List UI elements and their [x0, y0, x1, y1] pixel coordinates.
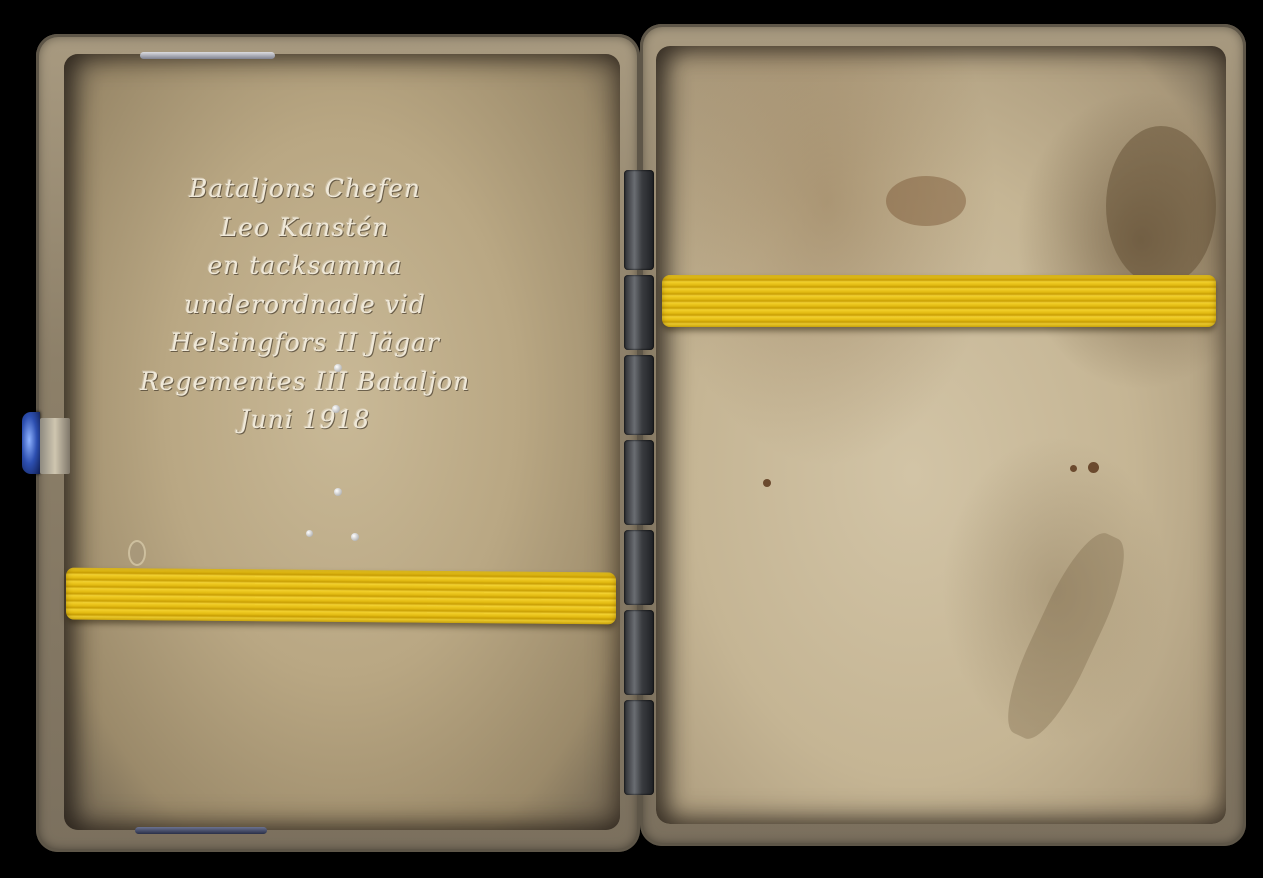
hinge-knuckle — [624, 275, 654, 350]
lid-lip-top — [140, 52, 275, 59]
hinge-knuckle — [624, 700, 654, 795]
hinge-knuckle — [624, 440, 654, 525]
rivet — [334, 364, 342, 372]
spot — [763, 479, 771, 487]
cabochon-clasp-icon — [22, 412, 40, 474]
spot — [1070, 465, 1077, 472]
stain — [992, 524, 1139, 749]
stain — [886, 176, 966, 226]
engraving-line: Leo Kanstén — [70, 209, 540, 248]
engraving-line: en tacksamma — [70, 247, 540, 286]
case-right-base — [640, 24, 1246, 846]
rivet — [306, 530, 313, 537]
hallmark-icon — [128, 540, 146, 566]
engraving-line: Helsingfors II Jägar — [70, 324, 540, 363]
right-interior — [656, 46, 1226, 824]
stain — [1106, 126, 1216, 286]
lid-lip-bottom — [135, 827, 267, 834]
hinge-knuckle — [624, 170, 654, 270]
engraving-line: underordnade vid — [70, 286, 540, 325]
case-left-lid — [36, 34, 640, 852]
hinge-knuckle — [624, 610, 654, 695]
rivet — [334, 488, 342, 496]
engraving-line: Bataljons Chefen — [70, 170, 540, 209]
right-retaining-band — [662, 275, 1216, 327]
rivet — [351, 533, 359, 541]
left-retaining-band — [66, 568, 616, 625]
rivet — [332, 405, 340, 413]
engraved-dedication: Bataljons Chefen Leo Kanstén en tacksamm… — [70, 170, 540, 440]
engraving-line: Regementes III Bataljon — [70, 363, 540, 402]
engraving-line: Juni 1918 — [70, 401, 540, 440]
spot — [1088, 462, 1099, 473]
hinge-knuckle — [624, 530, 654, 605]
hinge-knuckle — [624, 355, 654, 435]
clasp-bar — [40, 418, 70, 474]
